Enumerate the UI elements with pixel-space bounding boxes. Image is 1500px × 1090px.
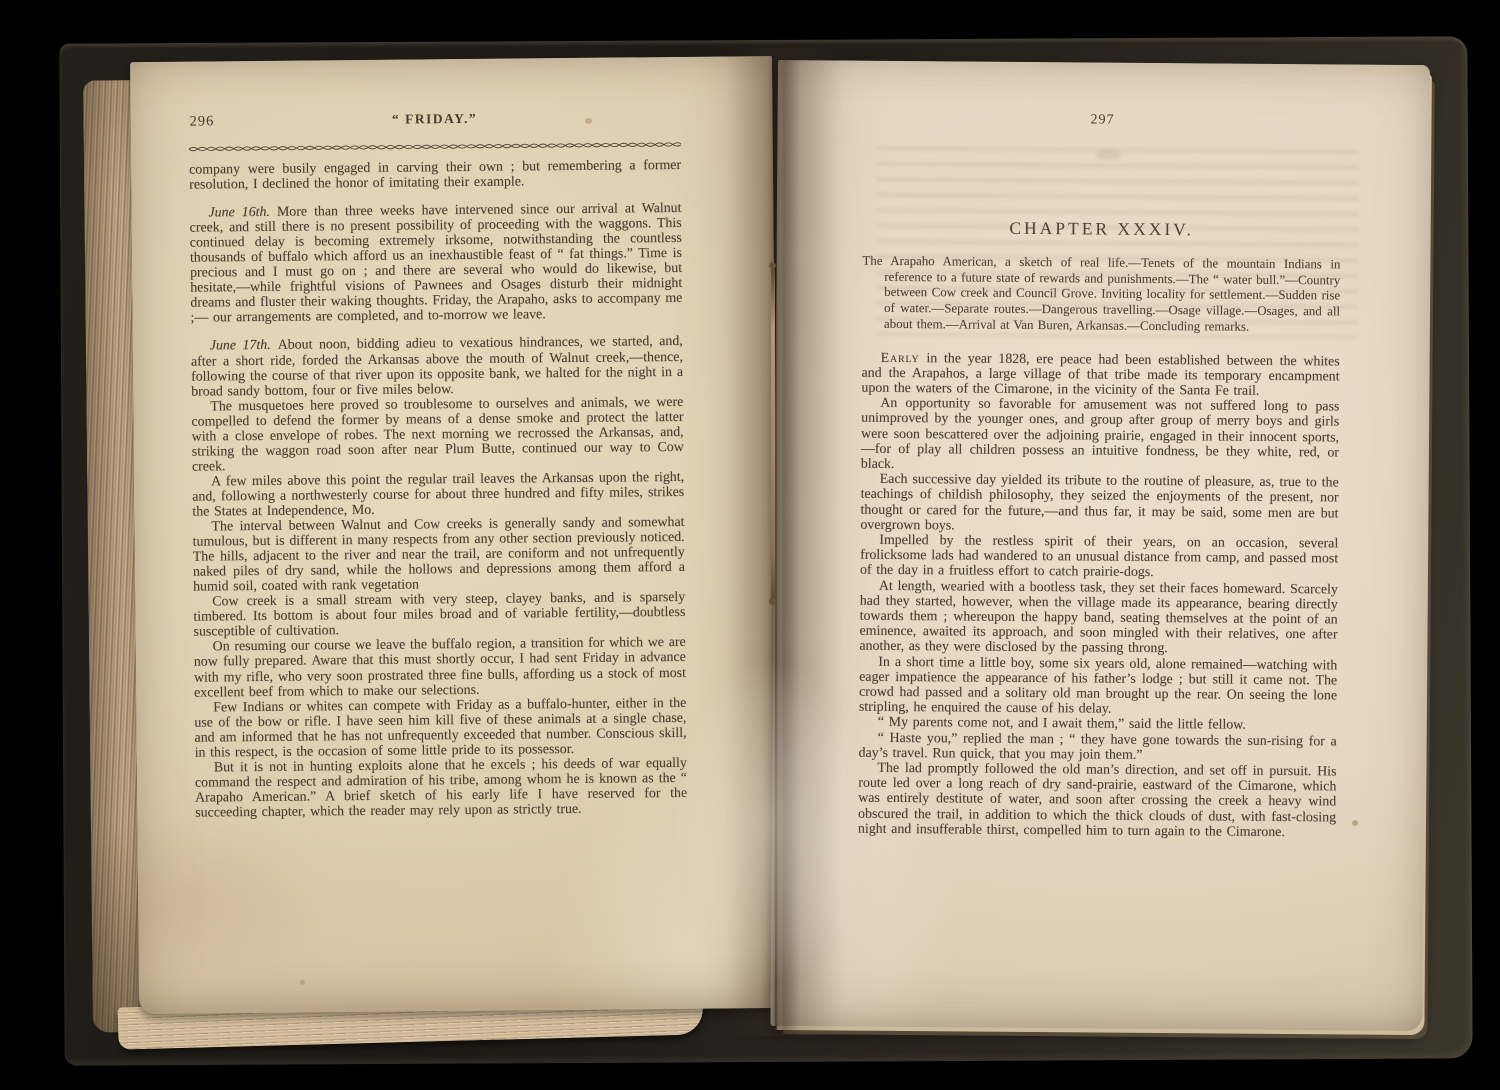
paragraph: A few miles above this point the regular… [192,470,684,520]
entry-date: June 17th. [210,338,271,354]
paragraph: The lad promptly followed the old man’s … [858,761,1337,841]
paragraph: Earlyin the year 1828, ere peace had bee… [861,350,1339,399]
left-page-text: company were busily engaged in carving t… [189,158,687,821]
right-page-text: Earlyin the year 1828, ere peace had bee… [858,350,1340,840]
page-number-right: 297 [863,111,1341,131]
journal-entry: June 16th.More than three weeks have int… [189,201,682,326]
page-number-left: 296 [190,113,215,130]
paragraph: The interval between Walnut and Cow cree… [192,515,685,595]
opening-word: Early [881,350,920,365]
left-page: 296 “ FRIDAY.” company were busily engag… [130,56,781,1014]
entry-date: June 16th. [208,205,270,221]
paragraph: company were busily engaged in carving t… [189,158,681,193]
paragraph: The musquetoes here proved so troublesom… [191,395,684,475]
journal-entry: June 17th.About noon, bidding adieu to v… [191,334,684,399]
paragraph: But it is not in hunting exploits alone … [195,756,688,821]
right-page: 297 CHAPTER XXXIV. The Arapaho American,… [770,60,1430,1031]
paragraph: On resuming our course we leave the buff… [194,635,687,700]
paragraph: Impelled by the restless spirit of their… [860,533,1338,582]
header-rule [189,140,681,154]
dialogue-paragraph: “ Haste you,” replied the man ; “ they h… [858,730,1336,764]
paragraph: Each successive day yielded its tribute … [860,472,1338,537]
left-page-content: 296 “ FRIDAY.” company were busily engag… [130,56,781,1014]
paragraph: At length, wearied with a bootless task,… [859,578,1338,658]
book-photo: 296 “ FRIDAY.” company were busily engag… [0,0,1500,1090]
left-page-header: 296 “ FRIDAY.” [189,109,681,133]
paragraph: An opportunity so favorable for amusemen… [861,396,1340,476]
paragraph: Few Indians or whites can compete with F… [194,695,687,760]
chapter-synopsis: The Arapaho American, a sketch of real l… [862,254,1341,336]
running-header: “ FRIDAY.” [189,109,681,130]
paragraph: Cow creek is a small stream with very st… [193,590,685,640]
paragraph: In a short time a little boy, some six y… [859,654,1337,719]
right-page-content: 297 CHAPTER XXXIV. The Arapaho American,… [770,60,1430,1031]
chapter-heading: CHAPTER XXXIV. [863,217,1341,242]
